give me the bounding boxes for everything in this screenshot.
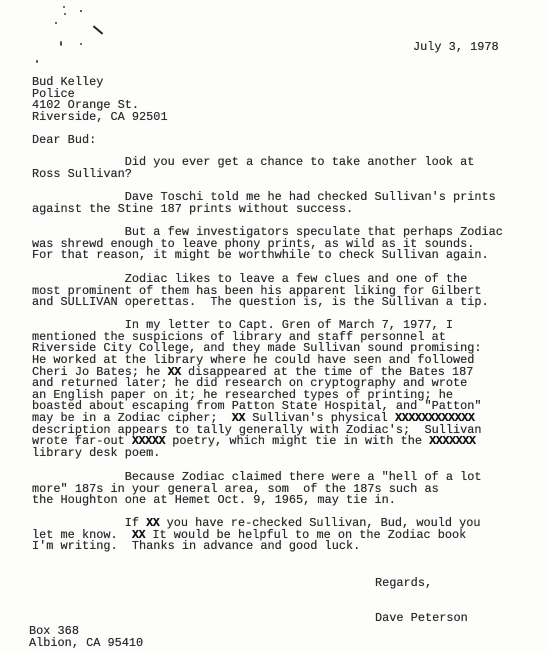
overstrike-mark: XXXXXXX — [429, 434, 475, 448]
recipient-city: Riverside, CA 92501 — [32, 111, 168, 123]
paragraph-6: Because Zodiac claimed there were a "hel… — [32, 472, 482, 507]
paragraph-5: In my letter to Capt. Gren of March 7, 1… — [32, 320, 482, 460]
paragraph-4: Zodiac likes to leave a few clues and on… — [32, 274, 489, 309]
letter-page: July 3, 1978 Bud Kelley Police 4102 Oran… — [0, 0, 550, 654]
paragraph-line: Ross Sullivan? — [32, 169, 474, 181]
paragraph-2: Dave Toschi told me he had checked Sulli… — [32, 192, 496, 215]
scan-artifact — [60, 41, 62, 46]
scan-artifact — [80, 10, 82, 12]
paragraph-line: the Houghton one at Hemet Oct. 9, 1965, … — [32, 495, 482, 507]
paragraph-3: But a few investigators speculate that p… — [32, 227, 503, 262]
scan-artifact — [80, 43, 82, 45]
scan-artifact — [93, 25, 103, 34]
scan-artifact — [36, 60, 38, 63]
closing: Regards, — [375, 577, 432, 589]
scan-artifact — [64, 13, 66, 15]
paragraph-7: If XX you have re-checked Sullivan, Bud,… — [32, 518, 481, 553]
sender-city: Albion, CA 95410 — [29, 637, 143, 649]
paragraph-line: For that reason, it might be worthwhile … — [32, 250, 503, 262]
scan-artifact — [55, 22, 57, 24]
paragraph-line: and SULLIVAN operettas. The question is,… — [32, 297, 489, 309]
salutation: Dear Bud: — [32, 134, 96, 146]
letter-date: July 3, 1978 — [413, 41, 499, 53]
signature: Dave Peterson — [375, 612, 468, 624]
scan-artifact — [63, 6, 65, 8]
paragraph-line: I'm writing. Thanks in advance and good … — [32, 541, 481, 553]
paragraph-line: library desk poem. — [32, 448, 482, 460]
paragraph-line: against the Stine 187 prints without suc… — [32, 204, 496, 216]
paragraph-1: Did you ever get a chance to take anothe… — [32, 157, 474, 180]
